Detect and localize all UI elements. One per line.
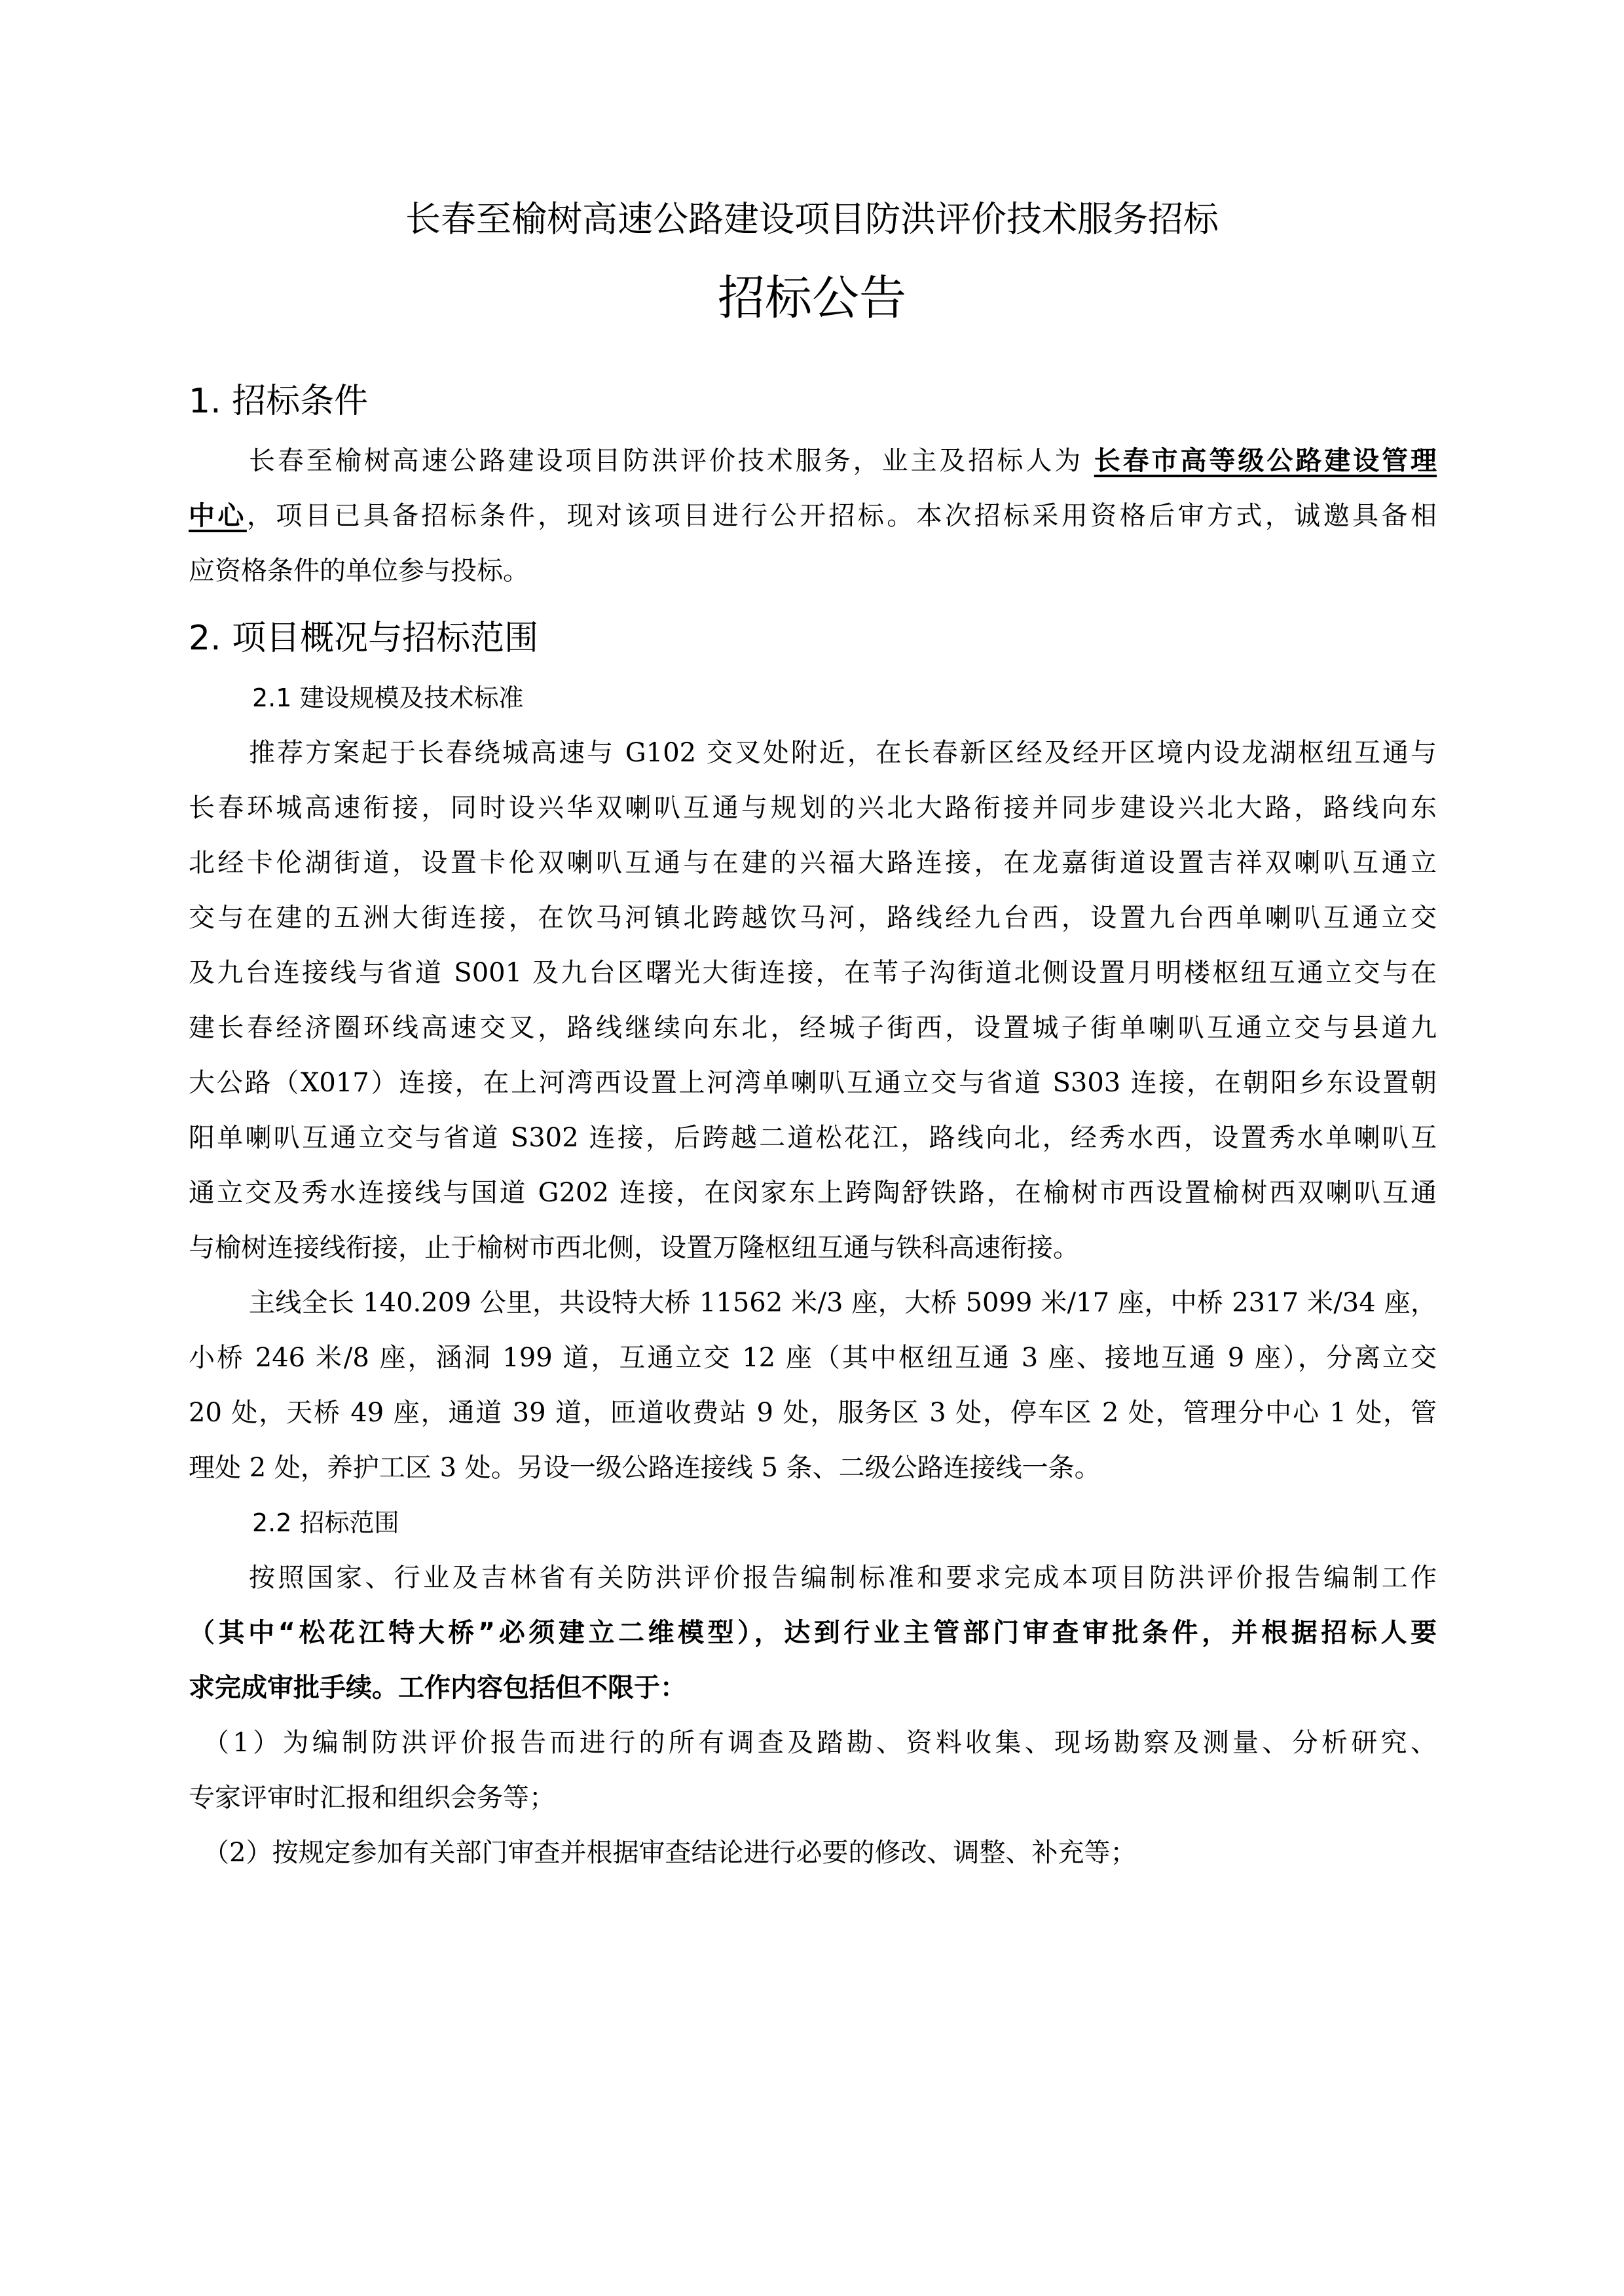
para-2-1-a-line-4: 交与在建的五洲大街连接，在饮马河镇北跨越饮马河，路线经九台西，设置九台西单喇叭互… [189, 900, 1437, 936]
document-subtitle: 招标公告 [0, 265, 1624, 331]
section-1-line-3: 应资格条件的单位参与投标。 [189, 553, 1437, 589]
para-2-1-b-line-4: 理处 2 处，养护工区 3 处。另设一级公路连接线 5 条、二级公路连接线一条。 [189, 1449, 1437, 1486]
para-2-1-a-line-10: 与榆树连接线衔接，止于榆树市西北侧，设置万隆枢纽互通与铁科高速衔接。 [189, 1230, 1437, 1266]
para-2-1-b-line-2: 小桥 246 米/8 座，涵洞 199 道，互通立交 12 座（其中枢纽互通 3… [189, 1339, 1437, 1376]
section-2-2-heading: 2.2 招标范围 [252, 1504, 399, 1541]
section-1-line-1: 长春至榆树高速公路建设项目防洪评价技术服务，业主及招标人为 长春市高等级公路建设… [249, 443, 1437, 479]
scope-item-1-line-1: （1）为编制防洪评价报告而进行的所有调查及踏勘、资料收集、现场勘察及测量、分析研… [203, 1724, 1437, 1761]
para-2-1-a-line-6: 建长春经济圈环线高速交叉，路线继续向东北，经城子街西，设置城子街单喇叭互通立交与… [189, 1010, 1437, 1046]
para-2-1-b-line-3: 20 处，天桥 49 座，通道 39 道，匝道收费站 9 处，服务区 3 处，停… [189, 1394, 1437, 1431]
para-2-1-a-line-9: 通立交及秀水连接线与国道 G202 连接，在闵家东上跨陶舒铁路，在榆树市西设置榆… [189, 1175, 1437, 1211]
section-1-line-1-text: 长春至榆树高速公路建设项目防洪评价技术服务，业主及招标人为 [249, 446, 1094, 476]
para-2-1-a-line-8: 阳单喇叭互通立交与省道 S302 连接，后跨越二道松花江，路线向北，经秀水西，设… [189, 1120, 1437, 1156]
section-2-1-heading: 2.1 建设规模及技术标准 [252, 680, 524, 716]
document-page: 长春至榆树高速公路建设项目防洪评价技术服务招标 招标公告 1. 招标条件 长春至… [0, 0, 1624, 2296]
owner-name-part-2: 中心 [189, 501, 247, 531]
para-2-2-a-line-3: 求完成审批手续。工作内容包括但不限于： [189, 1669, 1437, 1706]
section-1-line-2: 中心，项目已具备招标条件，现对该项目进行公开招标。本次招标采用资格后审方式，诚邀… [189, 498, 1437, 534]
para-2-1-a-line-2: 长春环城高速衔接，同时设兴华双喇叭互通与规划的兴北大路衔接并同步建设兴北大路，路… [189, 790, 1437, 826]
para-2-2-a-line-2: （其中“松花江特大桥”必须建立二维模型），达到行业主管部门审查审批条件，并根据招… [189, 1614, 1437, 1651]
para-2-1-a-line-5: 及九台连接线与省道 S001 及九台区曙光大街连接，在苇子沟街道北侧设置月明楼枢… [189, 955, 1437, 991]
para-2-1-a-line-7: 大公路（X017）连接，在上河湾西设置上河湾单喇叭互通立交与省道 S303 连接… [189, 1065, 1437, 1101]
scope-item-1-line-2: 专家评审时汇报和组织会务等； [189, 1779, 1437, 1816]
scope-item-2-line-1: （2）按规定参加有关部门审查并根据审查结论进行必要的修改、调整、补充等； [203, 1834, 1437, 1871]
document-title: 长春至榆树高速公路建设项目防洪评价技术服务招标 [0, 193, 1624, 246]
section-1-line-2-text: ，项目已具备招标条件，现对该项目进行公开招标。本次招标采用资格后审方式，诚邀具备… [247, 501, 1437, 531]
para-2-1-a-line-1: 推荐方案起于长春绕城高速与 G102 交叉处附近，在长春新区经及经开区境内设龙湖… [249, 735, 1437, 771]
para-2-2-a-line-1: 按照国家、行业及吉林省有关防洪评价报告编制标准和要求完成本项目防洪评价报告编制工… [249, 1559, 1437, 1596]
section-1-heading: 1. 招标条件 [189, 378, 368, 424]
para-2-1-a-line-3: 北经卡伦湖街道，设置卡伦双喇叭互通与在建的兴福大路连接，在龙嘉街道设置吉祥双喇叭… [189, 845, 1437, 881]
owner-name-part-1: 长春市高等级公路建设管理 [1094, 446, 1437, 476]
section-2-heading: 2. 项目概况与招标范围 [189, 615, 538, 661]
para-2-1-b-line-1: 主线全长 140.209 公里，共设特大桥 11562 米/3 座，大桥 509… [249, 1285, 1437, 1321]
